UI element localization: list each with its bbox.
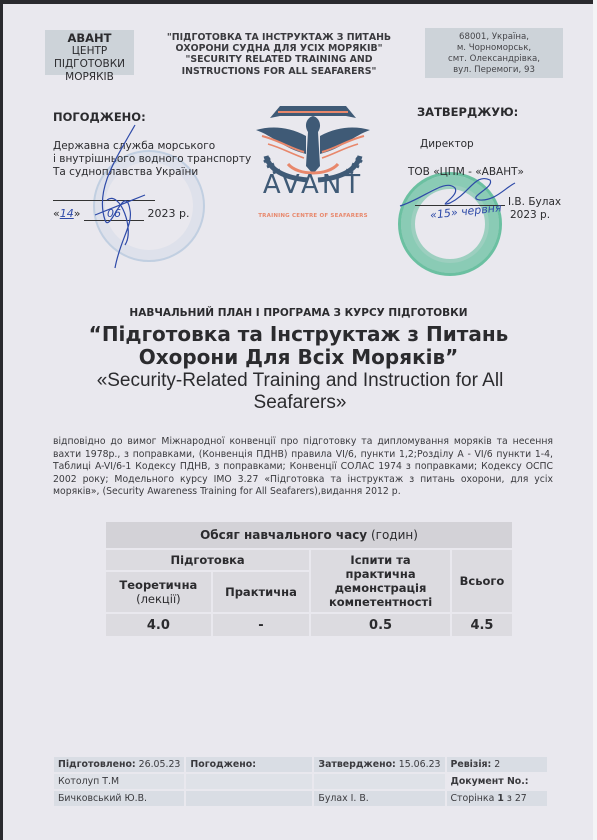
exams-value: 0.5 — [311, 614, 450, 636]
org-subtitle: ЦЕНТР ПІДГОТОВКИ — [45, 45, 134, 71]
label: Підготовлено: — [58, 759, 136, 770]
theory-header: Теоретична (лекції) — [106, 572, 211, 612]
address-line: смт. Олександрівка, — [425, 54, 563, 65]
header-line: демонстрація — [311, 581, 450, 595]
header-subline: (лекції) — [106, 592, 211, 606]
header-line: практична — [311, 567, 450, 581]
page-total: 27 — [515, 793, 527, 804]
logo-wordmark: AVANT — [248, 170, 378, 200]
prepared-by-cell: Котолуп Т.М — [54, 774, 184, 789]
course-title-ua: “Підготовка та Інструктаж з Питань Охоро… — [0, 323, 597, 369]
prepared-by-cell: Бичковський Ю.В. — [54, 791, 184, 806]
course-line: "SECURITY RELATED TRAINING AND — [140, 54, 418, 65]
quote: » — [74, 207, 81, 220]
authority-line: Державна служба морського — [53, 140, 251, 153]
date-month: 06 — [84, 207, 144, 221]
plan-heading: НАВЧАЛЬНИЙ ПЛАН І ПРОГРАМА З КУРСУ ПІДГО… — [0, 307, 597, 319]
page-number-cell: Сторінка 1 з 27 — [447, 791, 548, 806]
agreed-date: «14» 06 2023 р. — [53, 207, 189, 221]
theory-value: 4.0 — [106, 614, 211, 636]
approved-by-cell: Булах І. В. — [314, 791, 444, 806]
header-line: Іспити та — [311, 553, 450, 567]
approved-title: ЗАТВЕРДЖУЮ: — [417, 105, 518, 119]
practice-header: Практична — [213, 572, 309, 612]
course-title-line: “Підготовка та Інструктаж з Питань — [0, 323, 597, 346]
title-unit: (годин) — [367, 528, 418, 542]
signature-line — [53, 200, 155, 201]
address-line: вул. Перемоги, 93 — [425, 65, 563, 76]
course-line: "ПІДГОТОВКА ТА ІНСТРУКТАЖ З ПИТАНЬ — [140, 32, 418, 43]
document-footer-table: Підготовлено: 26.05.23 Погоджено: Затвер… — [52, 755, 549, 808]
course-line: ОХОРОНИ СУДНА ДЛЯ УСІХ МОРЯКІВ" — [140, 43, 418, 54]
approved-role: Директор — [420, 138, 474, 150]
empty-cell — [314, 774, 444, 789]
header-address-box: 68001, Україна, м. Чорноморськ, смт. Оле… — [425, 28, 563, 78]
org-name: АВАНТ — [45, 32, 134, 45]
course-title-en: «Security-Related Training and Instructi… — [50, 370, 550, 414]
label: з — [504, 793, 515, 804]
label: Документ No.: — [451, 776, 529, 787]
value: 26.05.23 — [136, 759, 181, 770]
green-stamp — [398, 172, 502, 276]
address-line: м. Чорноморськ, — [425, 43, 563, 54]
agreed-cell: Погоджено: — [186, 757, 312, 772]
logo-subtitle: TRAINING CENTRE OF SEAFARERS — [248, 213, 378, 219]
header-line: компетентності — [311, 595, 450, 609]
approved-org: ТОВ «ЦПМ - «АВАНТ» — [408, 166, 524, 178]
authority-line: і внутрішнього водного транспорту — [53, 153, 251, 166]
empty-cell — [186, 774, 312, 789]
prepared-cell: Підготовлено: 26.05.23 — [54, 757, 184, 772]
total-value: 4.5 — [452, 614, 512, 636]
org-subtitle: МОРЯКІВ — [45, 71, 134, 84]
date-year: 2023 р. — [147, 207, 189, 220]
header-line: Теоретична — [106, 578, 211, 592]
date-day: 14 — [60, 207, 74, 220]
practice-value: - — [213, 614, 309, 636]
course-line: INSTRUCTIONS FOR ALL SEAFARERS" — [140, 66, 418, 77]
empty-cell — [186, 791, 312, 806]
approved-name: І.В. Булах — [508, 196, 561, 208]
hours-table: Обсяг навчального часу (годин) Підготовк… — [104, 520, 514, 638]
label: Ревізія: — [451, 759, 492, 770]
course-title-line: Охорони Для Всіх Моряків” — [0, 346, 597, 369]
approved-cell: Затверджено: 15.06.23 — [314, 757, 444, 772]
group-training-header: Підготовка — [106, 550, 309, 570]
header-course-box: "ПІДГОТОВКА ТА ІНСТРУКТАЖ З ПИТАНЬ ОХОРО… — [140, 30, 418, 75]
value: 15.06.23 — [396, 759, 441, 770]
authority-line: Та судноплавства України — [53, 166, 251, 179]
document-no-cell: Документ No.: — [447, 774, 548, 789]
total-header: Всього — [452, 550, 512, 612]
label: Сторінка — [451, 793, 498, 804]
agreed-authority: Державна служба морського і внутрішнього… — [53, 140, 251, 179]
label: Затверджено: — [318, 759, 395, 770]
quote: « — [53, 207, 60, 220]
address-line: 68001, Україна, — [425, 32, 563, 43]
hours-table-title: Обсяг навчального часу (годин) — [106, 522, 512, 548]
approved-date: 2023 р. — [510, 209, 550, 221]
regulatory-basis-paragraph: відповідно до вимог Міжнародної конвенці… — [53, 436, 553, 499]
label: Погоджено: — [190, 759, 256, 770]
value: 2 — [491, 759, 500, 770]
avant-logo-icon — [248, 96, 378, 226]
exams-header: Іспити та практична демонстрація компете… — [311, 550, 450, 612]
revision-cell: Ревізія: 2 — [447, 757, 548, 772]
agreed-title: ПОГОДЖЕНО: — [53, 110, 146, 124]
header-org-box: АВАНТ ЦЕНТР ПІДГОТОВКИ МОРЯКІВ — [45, 30, 134, 75]
title-bold: Обсяг навчального часу — [200, 528, 367, 542]
page-edge — [593, 0, 597, 840]
